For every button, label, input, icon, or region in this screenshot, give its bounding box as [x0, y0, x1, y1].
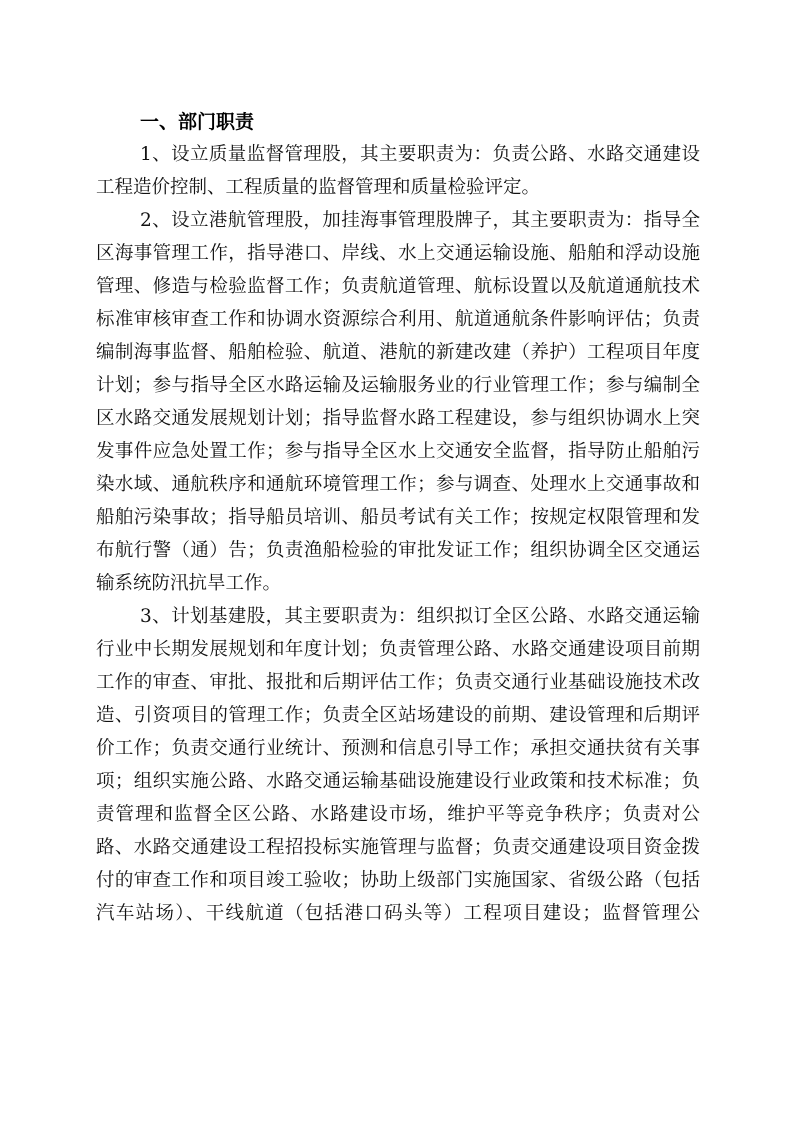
paragraph-2-line: 区海事管理工作，指导港口、岸线、水上交通运输设施、船舶和浮动设施 [96, 241, 700, 274]
paragraph-2-line: 2、设立港航管理股，加挂海事管理股牌子，其主要职责为：指导全 [96, 208, 700, 241]
paragraph-2-line: 标准审核审查工作和协调水资源综合利用、航道通航条件影响评估；负责 [96, 307, 700, 340]
paragraph-3-line: 造、引资项目的管理工作；负责全区站场建设的前期、建设管理和后期评 [96, 703, 700, 736]
section-heading: 一、部门职责 [140, 109, 254, 135]
paragraph-1-line: 1、设立质量监督管理股，其主要职责为：负责公路、水路交通建设 [96, 142, 700, 175]
paragraph-3-line: 路、水路交通建设工程招投标实施管理与监督；负责交通建设项目资金拨 [96, 835, 700, 868]
paragraph-3-line: 行业中长期发展规划和年度计划；负责管理公路、水路交通建设项目前期 [96, 637, 700, 670]
paragraph-2-line: 船舶污染事故；指导船员培训、船员考试有关工作；按规定权限管理和发 [96, 505, 700, 538]
paragraph-3-line: 汽车站场）、干线航道（包括港口码头等）工程项目建设；监督管理公 [96, 901, 700, 934]
body-text: 1、设立质量监督管理股，其主要职责为：负责公路、水路交通建设 工程造价控制、工程… [96, 142, 700, 934]
document-page: 一、部门职责 1、设立质量监督管理股，其主要职责为：负责公路、水路交通建设 工程… [0, 0, 793, 1122]
paragraph-2-line: 染水域、通航秩序和通航环境管理工作；参与调查、处理水上交通事故和 [96, 472, 700, 505]
paragraph-2-line: 输系统防汛抗旱工作。 [96, 571, 700, 604]
paragraph-3-line: 价工作；负责交通行业统计、预测和信息引导工作；承担交通扶贫有关事 [96, 736, 700, 769]
paragraph-2-line: 发事件应急处置工作；参与指导全区水上交通安全监督，指导防止船舶污 [96, 439, 700, 472]
paragraph-2-line: 区水路交通发展规划计划；指导监督水路工程建设，参与组织协调水上突 [96, 406, 700, 439]
paragraph-2-line: 编制海事监督、船舶检验、航道、港航的新建改建（养护）工程项目年度 [96, 340, 700, 373]
paragraph-2-line: 布航行警（通）告；负责渔船检验的审批发证工作；组织协调全区交通运 [96, 538, 700, 571]
paragraph-3-line: 付的审查工作和项目竣工验收；协助上级部门实施国家、省级公路（包括 [96, 868, 700, 901]
paragraph-1-line: 工程造价控制、工程质量的监督管理和质量检验评定。 [96, 175, 700, 208]
paragraph-3-line: 责管理和监督全区公路、水路建设市场，维护平等竞争秩序；负责对公 [96, 802, 700, 835]
paragraph-3-line: 工作的审查、审批、报批和后期评估工作；负责交通行业基础设施技术改 [96, 670, 700, 703]
paragraph-2-line: 管理、修造与检验监督工作；负责航道管理、航标设置以及航道通航技术 [96, 274, 700, 307]
paragraph-2-line: 计划；参与指导全区水路运输及运输服务业的行业管理工作；参与编制全 [96, 373, 700, 406]
paragraph-3-line: 项；组织实施公路、水路交通运输基础设施建设行业政策和技术标准；负 [96, 769, 700, 802]
paragraph-3-line: 3、计划基建股，其主要职责为：组织拟订全区公路、水路交通运输 [96, 604, 700, 637]
